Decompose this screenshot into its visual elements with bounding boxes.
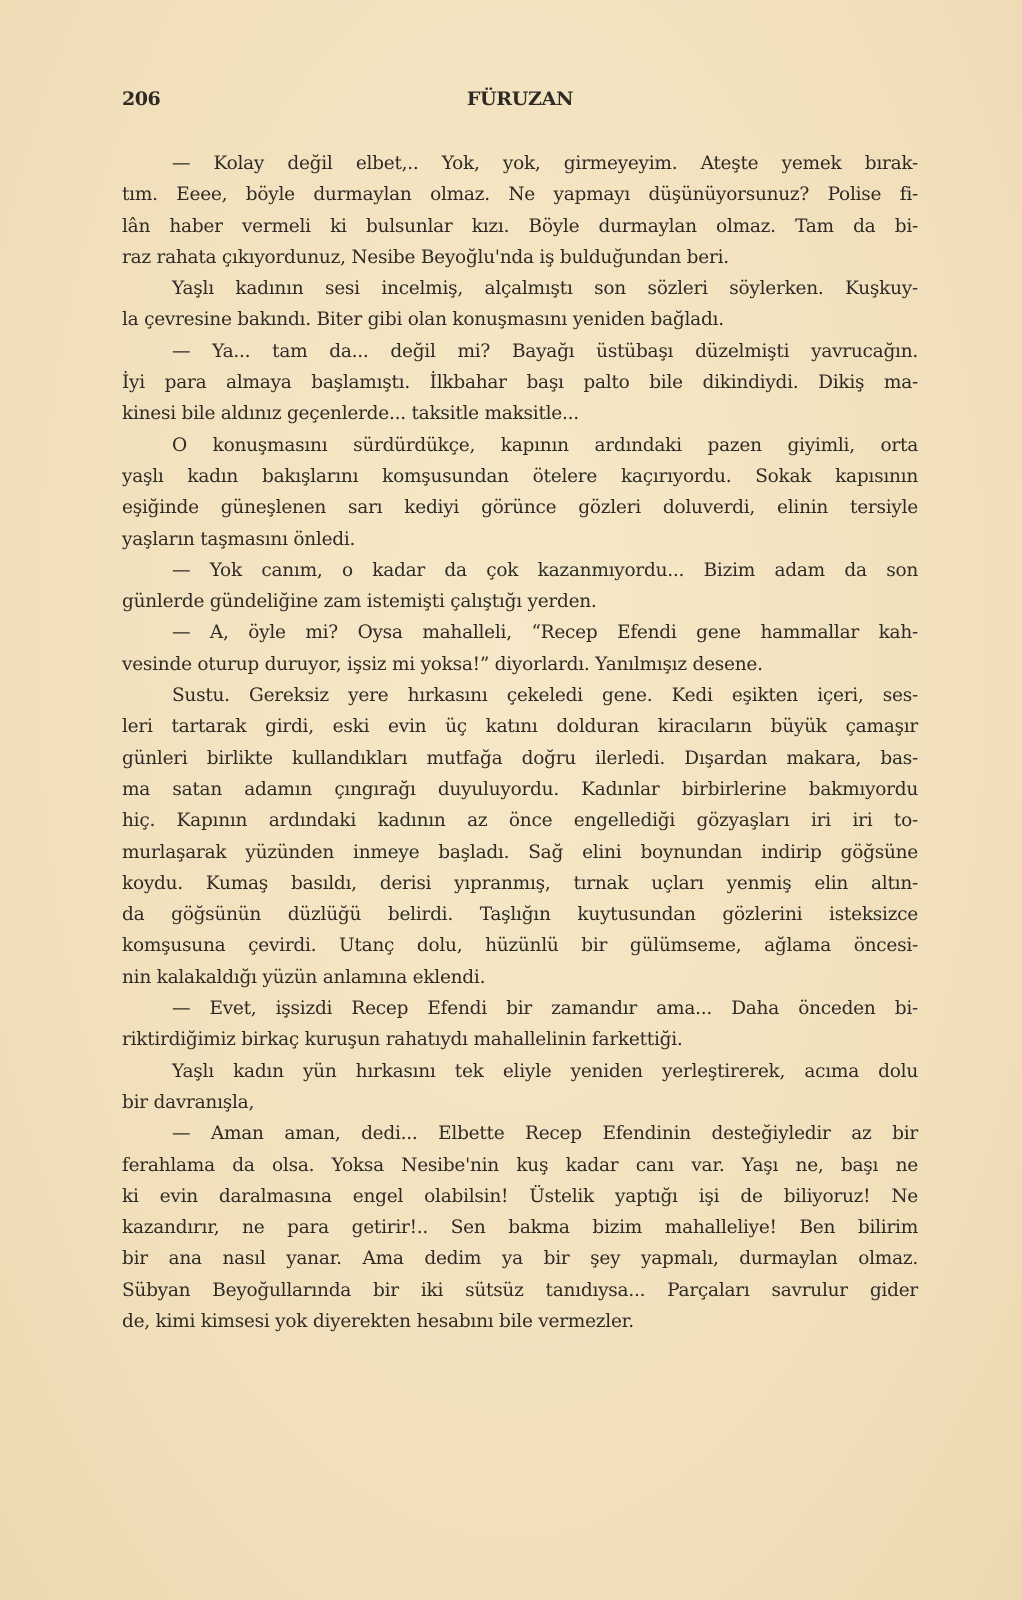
text-line: Yaşlı kadının sesi incelmiş, alçalmıştı … <box>122 273 918 304</box>
text-line: vesinde oturup duruyor, işsiz mi yoksa!”… <box>122 649 918 680</box>
text-line: kazandırır, ne para getirir!.. Sen bakma… <box>122 1212 918 1243</box>
text-line: ki evin daralmasına engel olabilsin! Üst… <box>122 1181 918 1212</box>
text-line: — Ya... tam da... değil mi? Bayağı üstüb… <box>122 336 918 367</box>
text-line: nin kalakaldığı yüzün anlamına eklendi. <box>122 962 918 993</box>
text-line: İyi para almaya başlamıştı. İlkbahar baş… <box>122 367 918 398</box>
text-line: bir ana nasıl yanar. Ama dedim ya bir şe… <box>122 1243 918 1274</box>
running-title: FÜRUZAN <box>122 88 918 110</box>
text-line: yaşlı kadın bakışlarını komşusundan ötel… <box>122 461 918 492</box>
text-line: — Kolay değil elbet,.. Yok, yok, girmeye… <box>122 148 918 179</box>
text-line: kinesi bile aldınız geçenlerde... taksit… <box>122 398 918 429</box>
text-line: — A, öyle mi? Oysa mahalleli, “Recep Efe… <box>122 617 918 648</box>
text-line: — Yok canım, o kadar da çok kazanmıyordu… <box>122 555 918 586</box>
text-line: eşiğinde güneşlenen sarı kediyi görünce … <box>122 492 918 523</box>
text-line: la çevresine bakındı. Biter gibi olan ko… <box>122 304 918 335</box>
text-line: riktirdiğimiz birkaç kuruşun rahatıydı m… <box>122 1024 918 1055</box>
text-line: tım. Eeee, böyle durmaylan olmaz. Ne yap… <box>122 179 918 210</box>
text-line: koydu. Kumaş basıldı, derisi yıpranmış, … <box>122 868 918 899</box>
text-line: raz rahata çıkıyordunuz, Nesibe Beyoğlu'… <box>122 242 918 273</box>
page-header: FÜRUZAN 206 <box>122 88 918 114</box>
text-line: de, kimi kimsesi yok diyerekten hesabını… <box>122 1306 918 1337</box>
text-line: da göğsünün düzlüğü belirdi. Taşlığın ku… <box>122 899 918 930</box>
text-line: — Aman aman, dedi... Elbette Recep Efend… <box>122 1118 918 1149</box>
text-line: günlerde gündeliğine zam istemişti çalış… <box>122 586 918 617</box>
text-line: bir davranışla, <box>122 1087 918 1118</box>
text-line: — Evet, işsizdi Recep Efendi bir zamandı… <box>122 993 918 1024</box>
text-line: komşusuna çevirdi. Utanç dolu, hüzünlü b… <box>122 930 918 961</box>
text-line: murlaşarak yüzünden inmeye başladı. Sağ … <box>122 837 918 868</box>
text-line: ma satan adamın çıngırağı duyuluyordu. K… <box>122 774 918 805</box>
text-line: yaşların taşmasını önledi. <box>122 524 918 555</box>
page-number: 206 <box>122 88 160 110</box>
text-line: günleri birlikte kullandıkları mutfağa d… <box>122 743 918 774</box>
text-line: ferahlama da olsa. Yoksa Nesibe'nin kuş … <box>122 1150 918 1181</box>
text-line: lân haber vermeli ki bulsunlar kızı. Böy… <box>122 211 918 242</box>
text-line: Sustu. Gereksiz yere hırkasını çekeledi … <box>122 680 918 711</box>
text-line: O konuşmasını sürdürdükçe, kapının ardın… <box>122 430 918 461</box>
text-line: Yaşlı kadın yün hırkasını tek eliyle yen… <box>122 1056 918 1087</box>
body-text: — Kolay değil elbet,.. Yok, yok, girmeye… <box>122 148 918 1337</box>
text-line: hiç. Kapının ardındaki kadının az önce e… <box>122 805 918 836</box>
text-line: Sübyan Beyoğullarında bir iki sütsüz tan… <box>122 1275 918 1306</box>
text-line: leri tartarak girdi, eski evin üç katını… <box>122 711 918 742</box>
